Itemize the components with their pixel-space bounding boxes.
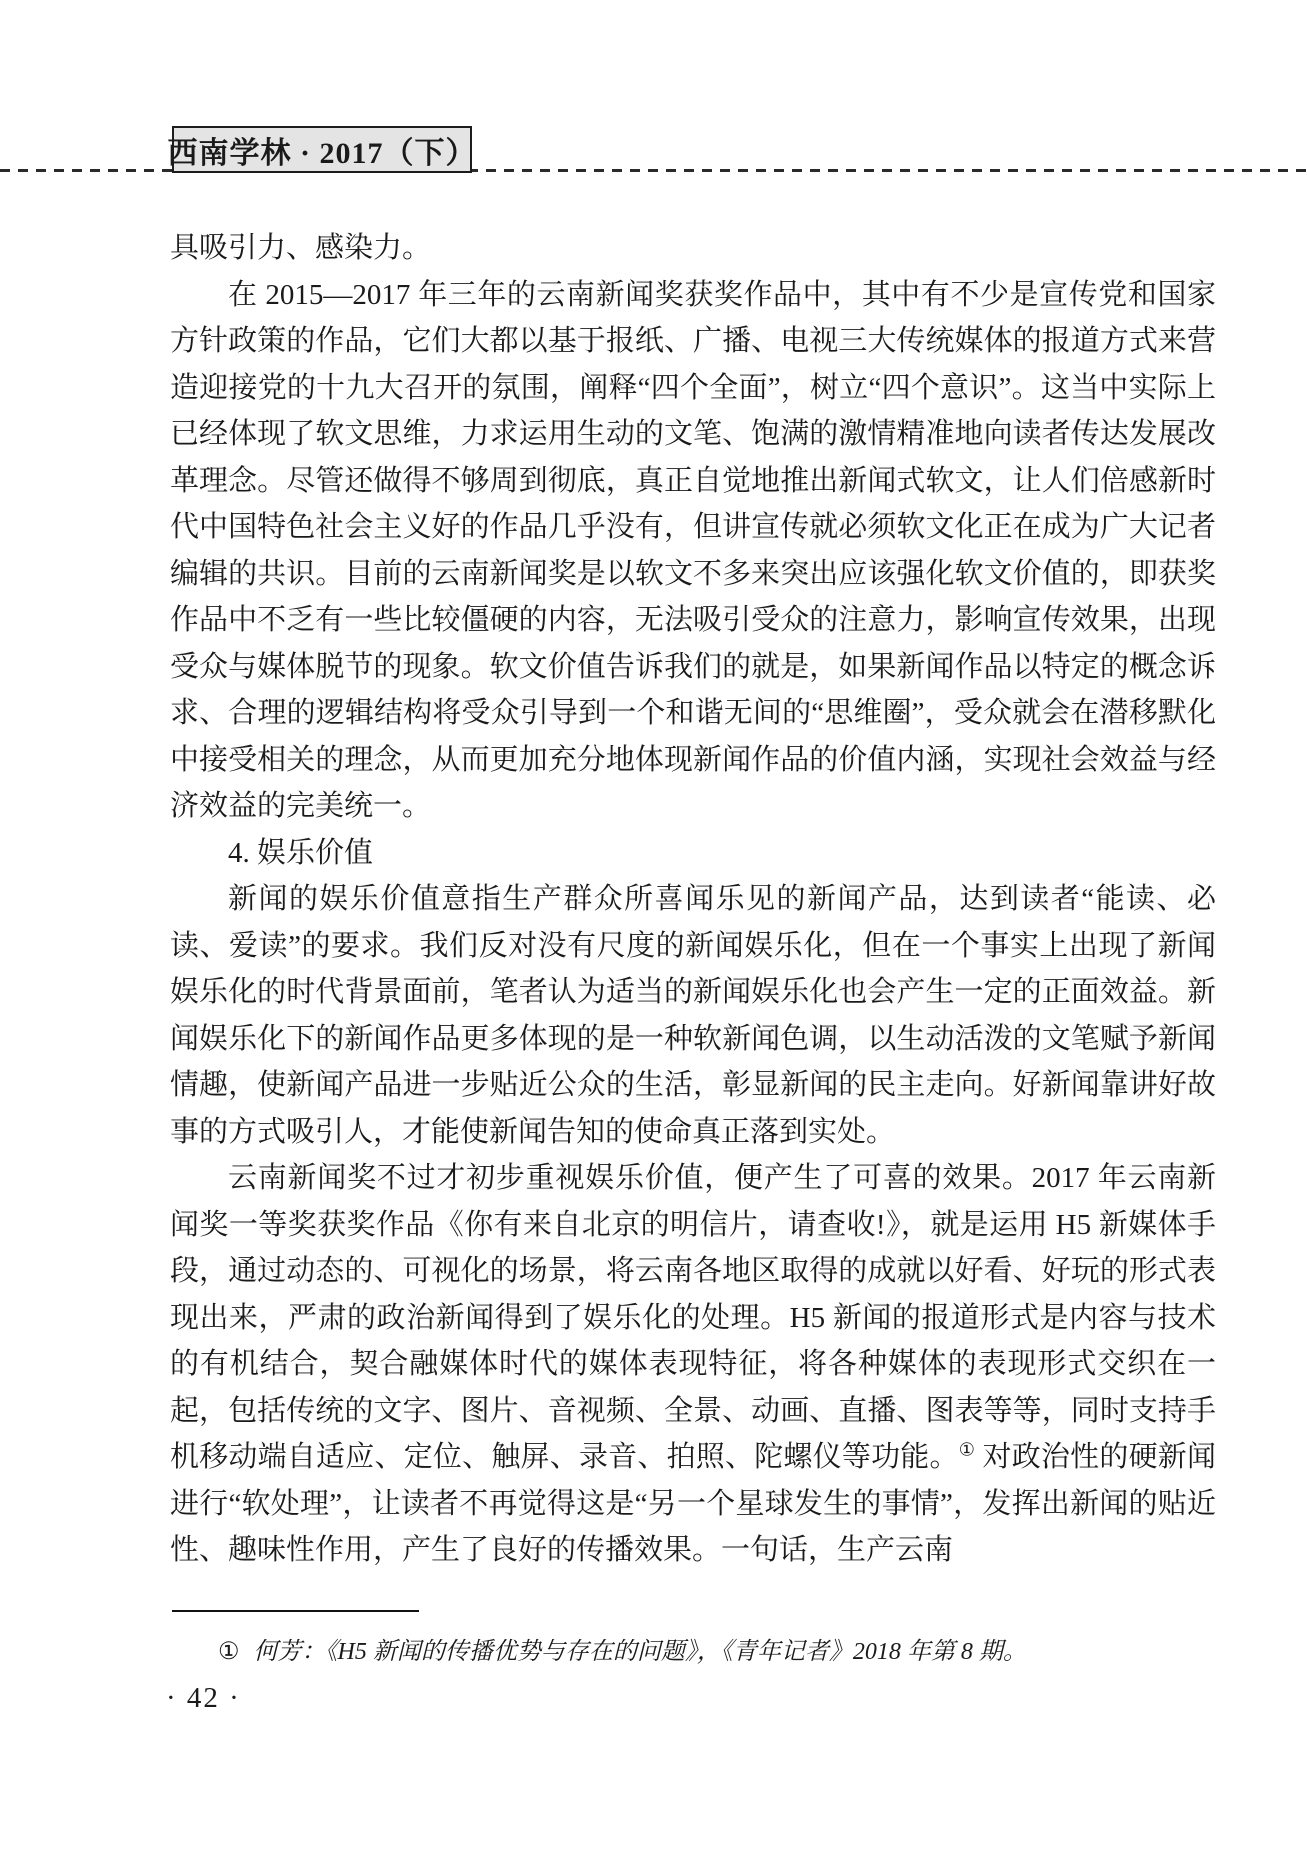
paragraph-text: 云南新闻奖不过才初步重视娱乐价值，便产生了可喜的效果。2017 年云南新闻奖一等…: [170, 1162, 1216, 1473]
article-body: 具吸引力、感染力。 在 2015—2017 年三年的云南新闻奖获奖作品中，其中有…: [170, 225, 1216, 1574]
footnote-divider: [172, 1610, 419, 1612]
paragraph: 云南新闻奖不过才初步重视娱乐价值，便产生了可喜的效果。2017 年云南新闻奖一等…: [170, 1155, 1216, 1574]
page-number: · 42 ·: [166, 1682, 241, 1715]
section-heading: 4. 娱乐价值: [170, 830, 1216, 877]
footnote-reference: ①: [959, 1439, 975, 1459]
document-page: 西南学林 · 2017（下） 具吸引力、感染力。 在 2015—2017 年三年…: [0, 0, 1307, 1859]
footnote: ①何芳：《H5 新闻的传播优势与存在的问题》，《青年记者》2018 年第 8 期…: [170, 1634, 1180, 1670]
footnote-marker: ①: [218, 1639, 240, 1665]
journal-title: 西南学林 · 2017（下）: [168, 128, 477, 172]
paragraph-continuation: 具吸引力、感染力。: [170, 225, 1216, 272]
journal-header-badge: 西南学林 · 2017（下）: [172, 126, 472, 173]
footnote-text: 何芳：《H5 新闻的传播优势与存在的问题》，《青年记者》2018 年第 8 期。: [254, 1639, 1027, 1665]
paragraph: 在 2015—2017 年三年的云南新闻奖获奖作品中，其中有不少是宣传党和国家方…: [170, 272, 1216, 830]
paragraph: 新闻的娱乐价值意指生产群众所喜闻乐见的新闻产品，达到读者“能读、必读、爱读”的要…: [170, 876, 1216, 1155]
